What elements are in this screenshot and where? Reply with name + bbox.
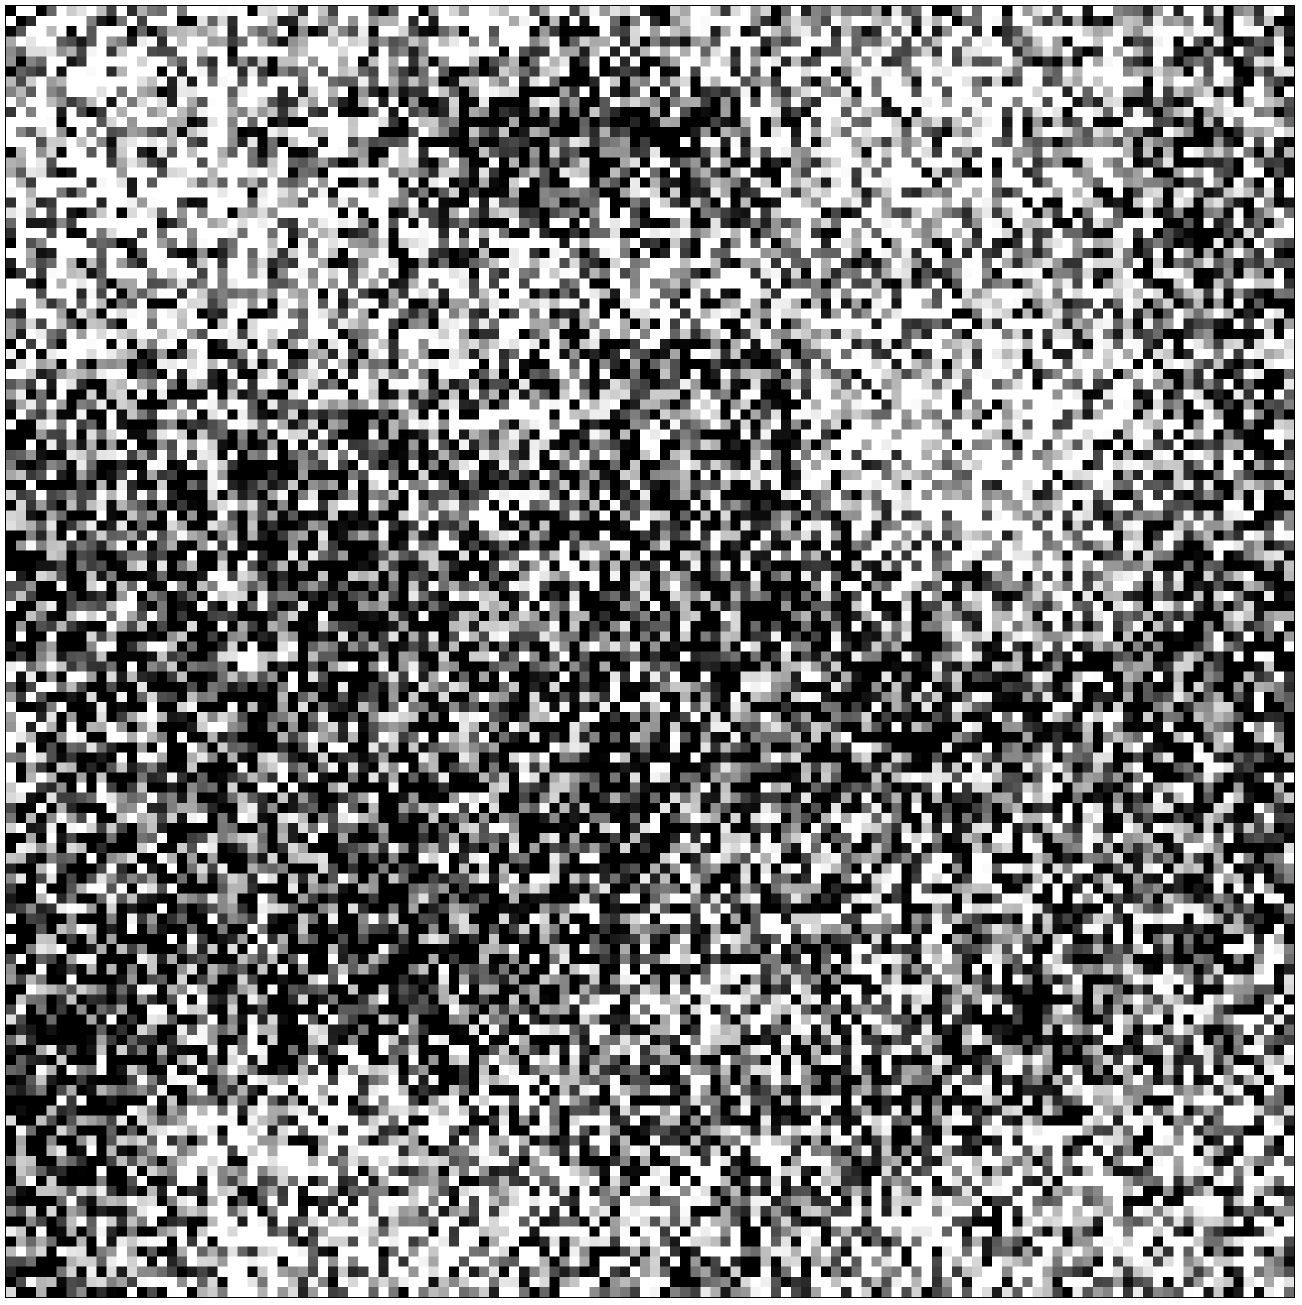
noisy-grayscale-image <box>6 6 1294 1297</box>
image-frame <box>5 5 1295 1298</box>
